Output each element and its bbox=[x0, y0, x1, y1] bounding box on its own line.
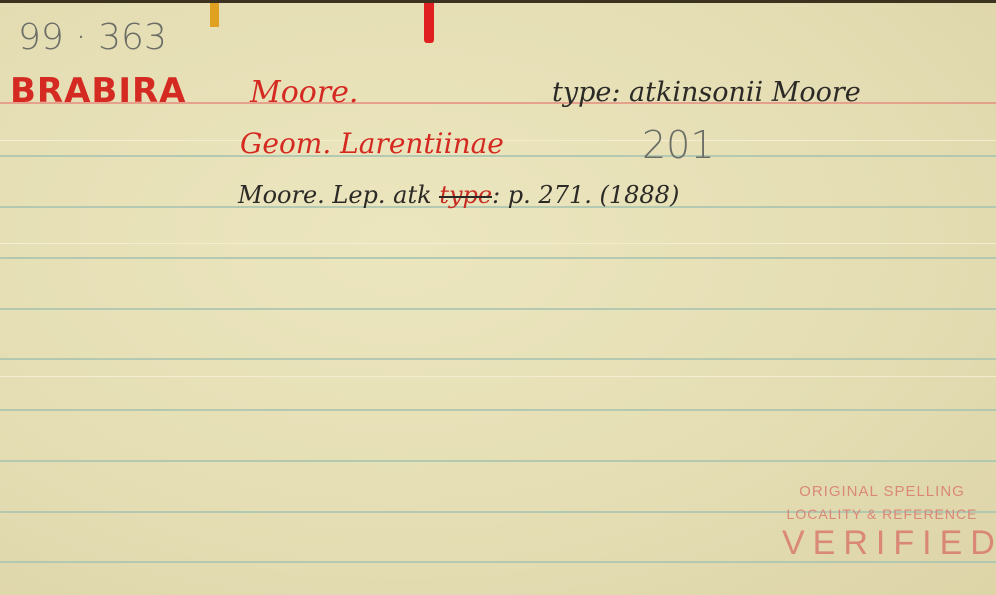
reference-prefix: Moore. Lep. atk bbox=[238, 181, 432, 209]
reference-suffix: : p. 271. (1888) bbox=[492, 181, 679, 209]
ruled-line bbox=[0, 358, 996, 360]
index-card: 99 · 363 BRABIRA Moore. type: atkinsonii… bbox=[0, 0, 996, 595]
type-species: type: atkinsonii Moore bbox=[552, 77, 861, 108]
catalog-number: 99 · 363 bbox=[18, 17, 167, 58]
highlight-rule bbox=[0, 243, 996, 244]
genus-author: Moore. bbox=[250, 75, 358, 110]
ruled-line bbox=[0, 308, 996, 310]
stamp-line-2: LOCALITY & REFERENCE bbox=[782, 506, 982, 522]
struck-word: type bbox=[439, 181, 492, 209]
orange-tab-mark bbox=[210, 3, 219, 27]
ruled-line bbox=[0, 460, 996, 462]
ruled-line bbox=[0, 409, 996, 411]
genus-name: BRABIRA bbox=[10, 71, 186, 111]
family-name: Geom. Larentiinae bbox=[240, 127, 504, 160]
stamp-line-1: ORIGINAL SPELLING bbox=[782, 483, 982, 500]
stamp-line-3: VERIFIED. bbox=[782, 524, 982, 563]
verification-stamp: ORIGINAL SPELLING LOCALITY & REFERENCE V… bbox=[782, 483, 982, 563]
reference: Moore. Lep. atk type: p. 271. (1888) bbox=[238, 181, 679, 209]
red-tab-mark bbox=[424, 3, 434, 43]
highlight-rule bbox=[0, 376, 996, 377]
ruled-line bbox=[0, 257, 996, 259]
family-number: 201 bbox=[642, 123, 715, 167]
